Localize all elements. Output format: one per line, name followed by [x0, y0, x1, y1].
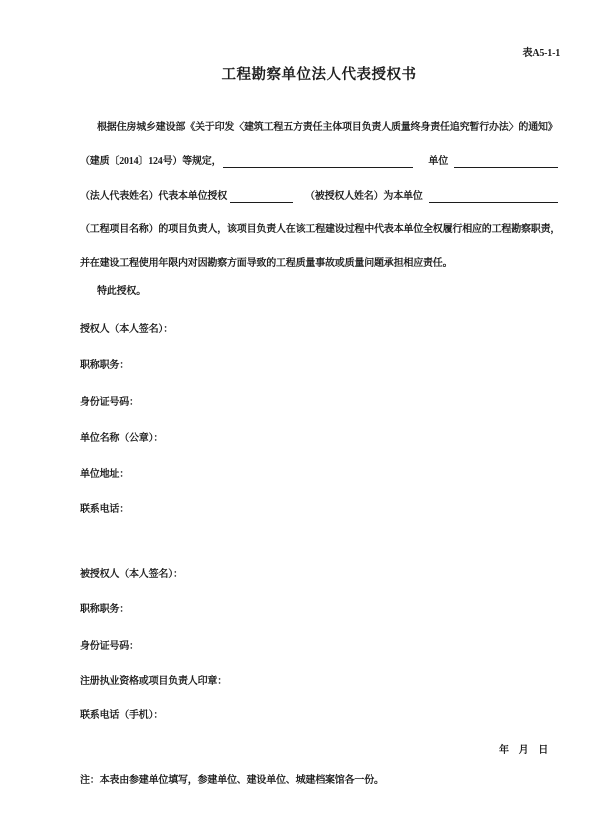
paragraph-hereby: 特此授权。: [97, 285, 146, 298]
paragraph-duty: （工程项目名称）的项目负责人，该项目负责人在该工程建设过程中代表本单位全权履行相…: [80, 223, 560, 236]
authorizee-name-blank: [230, 189, 293, 203]
field-label-authorizer-signature: 授权人（本人签名）：: [80, 323, 173, 336]
form-code: 表A5-1-1: [523, 47, 560, 60]
legal-rep-name-blank: [454, 154, 558, 168]
paragraph-intro: 根据住房城乡建设部《关于印发〈建筑工程五方责任主体项目负责人质量终身责任追究暂行…: [97, 121, 558, 134]
project-name-blank: [429, 189, 558, 203]
authorizee-text: （被授权人姓名）为本单位: [305, 190, 423, 203]
field-label-authorizer-title: 职称职务：: [80, 359, 129, 372]
page-title: 工程勘察单位法人代表授权书: [80, 69, 558, 82]
authorization-form-page: 表A5-1-1 工程勘察单位法人代表授权书 根据住房城乡建设部《关于印发〈建筑工…: [0, 0, 591, 835]
field-label-authorizee-title: 职称职务：: [80, 603, 129, 616]
field-label-authorizer-id-number: 身份证号码：: [80, 396, 139, 409]
field-label-registration-seal: 注册执业资格或项目负责人印章：: [80, 675, 227, 688]
field-label-unit-address: 单位地址：: [80, 468, 129, 481]
footnote: 注：本表由参建单位填写，参建单位、建设单位、城建档案馆各一份。: [80, 774, 384, 787]
regulation-text: （建质〔2014〕124号）等规定，: [80, 155, 221, 168]
paragraph-authorize-row: （法人代表姓名）代表本单位授权 （被授权人姓名）为本单位: [80, 189, 558, 203]
field-label-authorizee-mobile: 联系电话（手机）：: [80, 709, 163, 722]
field-label-unit-phone: 联系电话：: [80, 503, 129, 516]
paragraph-regulation-row: （建质〔2014〕124号）等规定， 单位: [80, 154, 558, 168]
date-line: 年 月 日: [499, 744, 548, 757]
unit-label-text: 单位: [428, 155, 448, 168]
field-label-authorizee-signature: 被授权人（本人签名）：: [80, 568, 183, 581]
paragraph-liability: 并在建设工程使用年限内对因勘察方面导致的工程质量事故或质量问题承担相应责任。: [80, 257, 452, 270]
field-label-authorizee-id-number: 身份证号码：: [80, 640, 139, 653]
legal-rep-text: （法人代表姓名）代表本单位授权: [80, 190, 227, 203]
field-label-unit-name-seal: 单位名称（公章）：: [80, 432, 163, 445]
unit-name-blank: [223, 154, 413, 168]
